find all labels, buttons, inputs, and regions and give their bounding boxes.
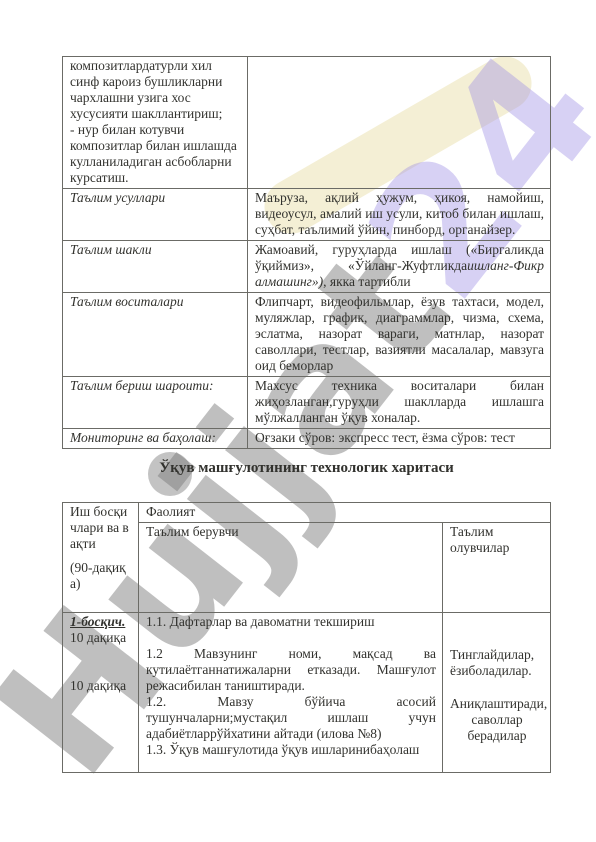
document-page: Hujjat24 композитлардатурли хил синф кар… bbox=[0, 0, 596, 842]
teacher-paragraph: 1.2 Мавзунинг номи, мақсад ва кутилаётга… bbox=[146, 646, 436, 694]
paragraph-spacer bbox=[146, 630, 436, 646]
stages-header-text: Иш босқичлари ва вақти bbox=[70, 504, 132, 552]
row-label-tools: Таълим воситалари bbox=[63, 293, 248, 377]
table-row: Таълим шакли Жамоавий, гуруҳларда ишлаш … bbox=[63, 241, 551, 293]
table-header-row: Иш босқичлари ва вақти (90-дақиқа) Фаоли… bbox=[63, 503, 551, 523]
table-row: композитлардатурли хил синф кароиз бушли… bbox=[63, 57, 551, 189]
teacher-header-cell: Таълим берувчи bbox=[139, 523, 443, 613]
stage-time-2: 10 дақиқа bbox=[70, 678, 132, 694]
row-label-conditions: Таълим бериш шароити: bbox=[63, 377, 248, 429]
stage-title: 1-босқич. bbox=[70, 614, 132, 630]
learner-paragraph: Тинглайдилар, ёзиболадилар. bbox=[450, 647, 544, 679]
learner-header-cell: Таълим олувчилар bbox=[443, 523, 551, 613]
row-label-methods: Таълим усуллари bbox=[63, 189, 248, 241]
form-segment-3: , якка тартибли bbox=[323, 274, 411, 289]
row-label-form: Таълим шакли bbox=[63, 241, 248, 293]
empty-cell bbox=[248, 57, 551, 189]
teacher-paragraph: 1.1. Дафтарлар ва давоматни текшириш bbox=[146, 614, 436, 630]
table-row: Таълим воситалари Флипчарт, видеофильмла… bbox=[63, 293, 551, 377]
learner-paragraph: Аниқлаштиради, саволлар берадилар bbox=[450, 696, 544, 744]
stage-cell: 1-босқич. 10 дақиқа 10 дақиқа bbox=[63, 613, 139, 773]
row-value-methods: Маъруза, ақлий ҳужум, ҳикоя, намойиш, ви… bbox=[248, 189, 551, 241]
objectives-cell: композитлардатурли хил синф кароиз бушли… bbox=[63, 57, 248, 189]
row-value-monitoring: Оғзаки сўров: экспресс тест, ёзма сўров:… bbox=[248, 429, 551, 449]
row-value-tools: Флипчарт, видеофильмлар, ёзув тахтаси, м… bbox=[248, 293, 551, 377]
duration-text: (90-дақиқа) bbox=[70, 560, 132, 592]
activity-header-cell: Фаолият bbox=[139, 503, 551, 523]
table-row: Таълим усуллари Маъруза, ақлий ҳужум, ҳи… bbox=[63, 189, 551, 241]
learner-activity-cell: Тинглайдилар, ёзиболадилар. Аниқлаштирад… bbox=[443, 613, 551, 773]
row-value-form: Жамоавий, гуруҳларда ишлаш («Биргаликда … bbox=[248, 241, 551, 293]
stages-header-cell: Иш босқичлари ва вақти (90-дақиқа) bbox=[63, 503, 139, 613]
teacher-paragraph: 1.3. Ўқув машғулотида ўқув ишларинибаҳол… bbox=[146, 742, 436, 758]
table-row: Таълим бериш шароити: Махсус техника вос… bbox=[63, 377, 551, 429]
table-row: Мониторинг ва баҳолаш: Оғзаки сўров: экс… bbox=[63, 429, 551, 449]
tech-map-table: Иш босқичлари ва вақти (90-дақиқа) Фаоли… bbox=[62, 502, 551, 773]
stage-time-1: 10 дақиқа bbox=[70, 630, 132, 646]
lesson-info-table: композитлардатурли хил синф кароиз бушли… bbox=[62, 56, 551, 449]
table-row: 1-босқич. 10 дақиқа 10 дақиқа 1.1. Дафта… bbox=[63, 613, 551, 773]
teacher-activity-cell: 1.1. Дафтарлар ва давоматни текшириш 1.2… bbox=[139, 613, 443, 773]
row-value-conditions: Махсус техника воситалари билан жиҳозлан… bbox=[248, 377, 551, 429]
row-label-monitoring: Мониторинг ва баҳолаш: bbox=[63, 429, 248, 449]
teacher-paragraph: 1.2. Мавзу бўйича асосий тушунчаларни;му… bbox=[146, 694, 436, 742]
section-heading: Ўқув машғулотининг технологик харитаси bbox=[62, 460, 551, 477]
